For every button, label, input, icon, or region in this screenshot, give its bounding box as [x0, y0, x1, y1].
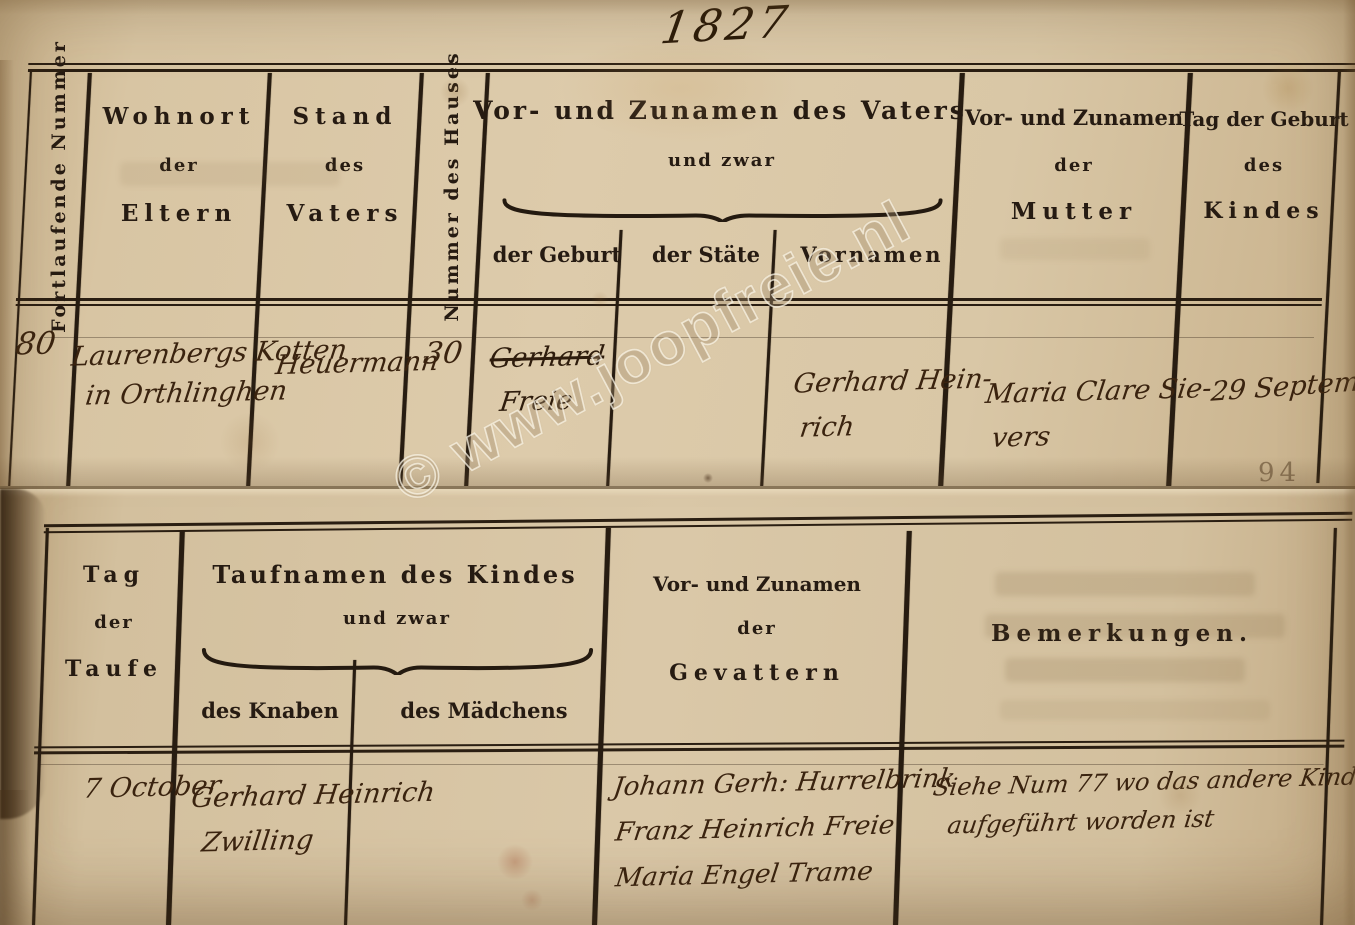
- girl-subheader: des Mädchens: [400, 698, 567, 723]
- remarks-header: Bemerkungen.: [991, 620, 1253, 647]
- baptism-day-header: Tag: [83, 562, 145, 588]
- godparents-header-2: der: [737, 618, 777, 639]
- godparents-header-3: Gevattern: [669, 660, 845, 686]
- baptism-names-brace: [200, 645, 595, 675]
- godparents-header: Vor- und Zunamen: [653, 572, 861, 596]
- baptism-names-header-2: und zwar: [343, 608, 451, 629]
- boy-subheader: des Knaben: [201, 698, 339, 723]
- baptism-names-header: Taufnamen des Kindes: [212, 560, 577, 589]
- page-left-edge: [0, 60, 14, 486]
- baptism-day-header-3: Taufe: [65, 656, 163, 682]
- boy-name-entry-line1: Gerhard Heinrich: [189, 777, 436, 814]
- baptism-day-header-2: der: [94, 612, 134, 633]
- boy-name-entry-line2: Zwilling: [200, 825, 316, 859]
- page-right-edge: [1343, 0, 1355, 925]
- register-page-scan: 1827 Fortlaufende Nummer Wohnort der Elt…: [0, 0, 1355, 925]
